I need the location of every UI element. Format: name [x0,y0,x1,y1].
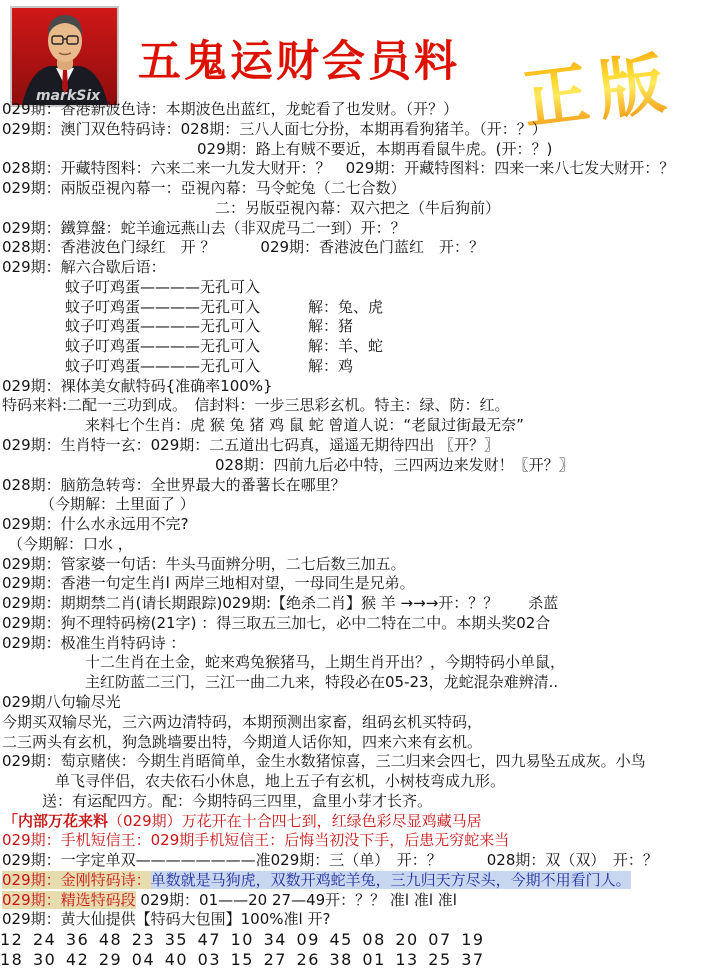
text-line: 特码来料:二配一三功到成。 信封料：一步三思彩玄机。特主：绿、防：红。 [0,396,721,416]
text-segment: 18 30 42 29 04 40 03 15 27 26 38 01 13 2… [0,950,485,969]
text-line: 今期买双输尽光，三六两边清特码，本期预测出家畜，组码玄机买特码， [0,713,721,733]
body-lines: 029期：香港新波色诗：本期波色出蓝红，龙蛇看了也发财。（开？）029期：澳门双… [0,100,721,969]
text-segment: 029期：兩版亞視內幕一：亞視內幕：马令蛇兔（二七合数） [2,179,406,197]
text-segment: 解：猪 [308,317,353,335]
text-segment: 今期买双输尽光，三六两边清特码，本期预测出家畜，组码玄机买特码， [2,713,482,731]
text-line: 029期：路上有贼不要近，本期再看鼠牛虎。(开：？) [0,140,721,160]
text-segment: 028期：开藏特图料：六来二来一九发大财开：？ 029期：开藏特图料：四来一来八… [2,159,674,177]
text-line: 二三两头有玄机，狗急跳墙要出特，今期道人话你知，四来六来有玄机。 [0,733,721,753]
page-title: 五鬼运财会员料 [138,28,498,89]
number-row: 12 24 36 48 23 35 47 10 34 09 45 08 20 0… [0,930,721,950]
number-row: 18 30 42 29 04 40 03 15 27 26 38 01 13 2… [0,950,721,969]
text-line: 来料七个生肖：虎 猴 兔 猪 鸡 鼠 蛇 曾道人说：“老鼠过街最无奈” [0,416,721,436]
text-line: 029期：管家婆一句话：牛头马面辨分明，二七后数三加五。 [0,555,721,575]
text-segment: 十二生肖在土金，蛇来鸡兔猴猪马，上期生肖开出？，今期特码小单鼠， [85,653,565,671]
text-segment: 029期：01——20 27—49开：？？ 准l 准l 准l [136,891,457,909]
text-segment: 029期：金刚特码诗： [2,871,151,889]
text-segment: （今期解：口水 ， [8,535,133,553]
text-segment: 蚊子叮鸡蛋————无孔可入 [65,298,260,316]
text-segment: 主红防蓝二三门，三江一曲二九来，特段必在05-23，龙蛇混杂难辨清.. [85,673,558,691]
text-segment: 029期：期期禁二肖(请长期跟踪)029期:【绝杀二肖】猴 羊 →→→开：？？ … [2,594,558,612]
text-segment: 解：兔、虎 [308,298,383,316]
text-segment: 蚊子叮鸡蛋————无孔可入 [65,317,260,335]
text-line: 028期：脑筋急转弯：全世界最大的番薯长在哪里？ [0,476,721,496]
portrait-man-illustration: markSix [12,8,117,105]
text-line: 029期：什么水永远用不完? [0,515,721,535]
text-line: 029期：兩版亞視內幕一：亞視內幕：马令蛇兔（二七合数） [0,179,721,199]
text-segment: 特码来料:二配一三功到成。 信封料：一步三思彩玄机。特主：绿、防：红。 [2,396,510,414]
text-line: 蚊子叮鸡蛋————无孔可入解：鸡 [0,357,721,377]
text-line: 蚊子叮鸡蛋————无孔可入解：羊、蛇 [0,337,721,357]
text-line: 029期：狗不理特码榜(21字) ：得三取五三加七，必中二特在二中。本期头奖02… [0,614,721,634]
text-segment: 解：羊、蛇 [308,337,383,355]
text-line: 送：有运配四方。配：今期特码三四里，盒里小芽才长齐。 [0,792,721,812]
text-line: 十二生肖在土金，蛇来鸡兔猴猪马，上期生肖开出？，今期特码小单鼠， [0,653,721,673]
text-line: 029期：解六合歇后语： [0,258,721,278]
text-segment: 029期：生肖特一玄：029期：二五道出七码真，遥遥无期待四出 〖开？〗 [2,436,499,454]
text-segment: 解：鸡 [308,357,353,375]
text-segment: 029期：黄大仙提供【特码大包围】100%准l 开? [2,910,330,928]
text-segment: 送：有运配四方。配：今期特码三四里，盒里小芽才长齐。 [42,792,432,810]
text-segment: 蚊子叮鸡蛋————无孔可入 [65,278,260,296]
text-line: 029期：手机短信王：029期手机短信王：后悔当初没下手，后患无穷蛇来当 [0,831,721,851]
text-line: 029期：香港一句定生肖l 两岸三地相对望，一母同生是兄弟。 [0,574,721,594]
text-segment: 029期：精选特码段 [2,891,136,909]
text-segment: 029期：解六合歇后语： [2,258,166,276]
text-segment: 029期：管家婆一句话：牛头马面辨分明，二七后数三加五。 [2,555,406,573]
text-segment: 029期：什么水永远用不完? [2,515,189,533]
text-segment: 028期：香港波色门绿红 开 ？ 029期：香港波色门蓝红 开：？ [2,238,484,256]
text-line: 029期：澳门双色特码诗：028期：三八人面七分扮，本期再看狗猪羊。（开：？） [0,120,721,140]
text-line: 蚊子叮鸡蛋————无孔可入 [0,278,721,298]
text-line: 蚊子叮鸡蛋————无孔可入解：兔、虎 [0,298,721,318]
text-line: （今期解：口水 ， [0,535,721,555]
text-segment: 029期：澳门双色特码诗：028期：三八人面七分扮，本期再看狗猪羊。（开：？） [2,120,547,138]
text-line: （今期解：土里面了 ） [0,495,721,515]
text-segment: 蚊子叮鸡蛋————无孔可入 [65,337,260,355]
text-line: 「内部万花来料（029期）万花开在十合四七到，红绿色彩尽显鸡藏马居 [0,812,721,832]
text-segment: 029期：香港一句定生肖l 两岸三地相对望，一母同生是兄弟。 [2,574,415,592]
portrait-photo: markSix [10,6,119,107]
text-line: 蚊子叮鸡蛋————无孔可入解：猪 [0,317,721,337]
text-segment: 029期：香港新波色诗：本期波色出蓝红，龙蛇看了也发财。（开？） [2,100,458,118]
text-segment: 「内部万花来料 [3,812,108,830]
text-line: 029期：金刚特码诗：单数就是马狗虎，双数开鸡蛇羊兔，三九归天方尽头，今期不用看… [0,871,721,891]
text-line: 029期：生肖特一玄：029期：二五道出七码真，遥遥无期待四出 〖开？〗 [0,436,721,456]
text-segment: 029期：一字定单双————————准029期：三（单） 开：？ 028期：双（… [2,851,658,869]
text-line: 028期：开藏特图料：六来二来一九发大财开：？ 029期：开藏特图料：四来一来八… [0,159,721,179]
text-segment: （今期解：土里面了 ） [40,495,195,513]
text-segment: 单数就是马狗虎，双数开鸡蛇羊兔，三九归天方尽头，今期不用看门人。 [151,871,631,889]
text-line: 029期：极准生肖特码诗 ： [0,634,721,654]
text-line: 028期：四前九后必中特，三四两边来发财！〖开？〗 [0,456,721,476]
text-line: 主红防蓝二三门，三江一曲二九来，特段必在05-23，龙蛇混杂难辨清.. [0,673,721,693]
text-segment: 029期八句输尽光 [2,693,121,711]
text-segment: 028期：脑筋急转弯：全世界最大的番薯长在哪里？ [2,476,346,494]
text-line: 028期：香港波色门绿红 开 ？ 029期：香港波色门蓝红 开：？ [0,238,721,258]
text-line: 029期八句输尽光 [0,693,721,713]
text-segment: 二三两头有玄机，狗急跳墙要出特，今期道人话你知，四来六来有玄机。 [2,733,482,751]
text-segment: 029期：路上有贼不要近，本期再看鼠牛虎。(开：？) [197,140,552,158]
text-segment: 029期：手机短信王：029期手机短信王：后悔当初没下手，后患无穷蛇来当 [2,831,509,849]
text-line: 029期：香港新波色诗：本期波色出蓝红，龙蛇看了也发财。（开？） [0,100,721,120]
text-line: 029期：一字定单双————————准029期：三（单） 开：？ 028期：双（… [0,851,721,871]
text-segment: 029期：鐵算盤：蛇羊逾远燕山去（非双虎马二一到）开：？ [2,219,406,237]
text-segment: 单飞寻伴侣，农夫依石小休息，地上五子有玄机，小树枝弯成九形。 [55,772,505,790]
text-segment: 029期：极准生肖特码诗 ： [2,634,185,652]
text-segment: 来料七个生肖：虎 猴 兔 猪 鸡 鼠 蛇 曾道人说：“老鼠过街最无奈” [85,416,524,434]
text-line: 029期：萄京赌侠：今期生肖晤简单，金生水数猪惊喜，三二归来会四七，四九易坠五成… [0,752,721,772]
text-line: 单飞寻伴侣，农夫依石小休息，地上五子有玄机，小树枝弯成九形。 [0,772,721,792]
text-line: 029期：期期禁二肖(请长期跟踪)029期:【绝杀二肖】猴 羊 →→→开：？？ … [0,594,721,614]
text-line: 029期：黄大仙提供【特码大包围】100%准l 开? [0,910,721,930]
text-segment: 029期：狗不理特码榜(21字) ：得三取五三加七，必中二特在二中。本期头奖02… [2,614,550,632]
page: markSix 五鬼运财会员料 正版 029期：香港新波色诗：本期波色出蓝红，龙… [0,0,721,969]
text-segment: 028期：四前九后必中特，三四两边来发财！〖开？〗 [215,456,574,474]
text-line: 029期：裸体美女献特码{准确率100%} [0,377,721,397]
text-segment: 二：另版亞視內幕：双六把之（牛后狗前） [215,199,500,217]
text-segment: 12 24 36 48 23 35 47 10 34 09 45 08 20 0… [0,930,485,949]
text-segment: 蚊子叮鸡蛋————无孔可入 [65,357,260,375]
text-segment: （029期）万花开在十合四七到，红绿色彩尽显鸡藏马居 [108,812,482,830]
text-line: 二：另版亞視內幕：双六把之（牛后狗前） [0,199,721,219]
text-segment: 029期：裸体美女献特码{准确率100%} [2,377,273,395]
text-segment: 029期：萄京赌侠：今期生肖晤简单，金生水数猪惊喜，三二归来会四七，四九易坠五成… [2,752,646,770]
text-line: 029期：鐵算盤：蛇羊逾远燕山去（非双虎马二一到）开：？ [0,219,721,239]
text-line: 029期：精选特码段 029期：01——20 27—49开：？？ 准l 准l 准… [0,891,721,911]
